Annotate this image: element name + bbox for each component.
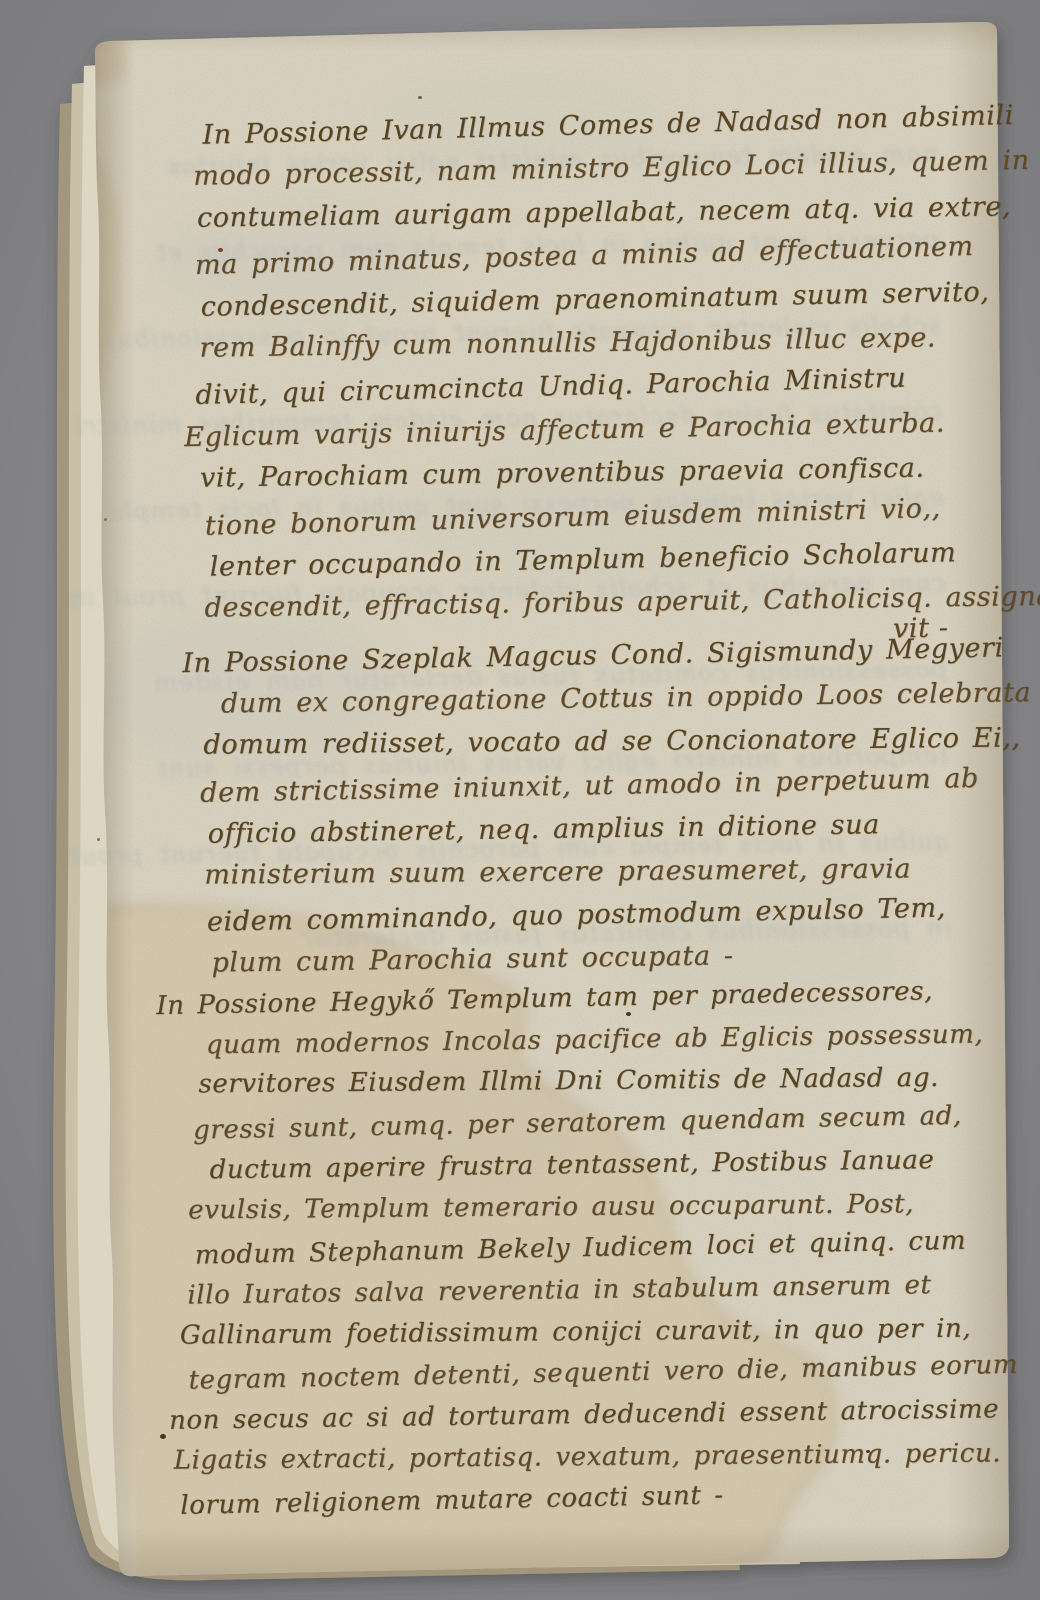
ink-speck <box>199 1510 202 1513</box>
ink-speck <box>866 1450 870 1453</box>
ink-speck <box>418 96 422 99</box>
paragraph-3: In Possione Hegykő Templum tam per praed… <box>156 972 993 1526</box>
ink-speck <box>626 1012 631 1016</box>
ink-speck <box>104 518 107 521</box>
paragraph-1: In Possione Ivan Illmus Comes de Nadasd … <box>186 96 1006 632</box>
handwriting-line: descendit, effractisq. foribus aperuit, … <box>204 576 1006 631</box>
ink-speck <box>160 1434 166 1439</box>
paragraph-2: In Possione Szeplak Magcus Cond. Sigismu… <box>182 629 997 986</box>
photo-backdrop: nam eisdem temporibus ministri eglici va… <box>0 0 1040 1600</box>
ink-speck <box>218 248 223 252</box>
manuscript-text: In Possione Ivan Illmus Comes de Nadasd … <box>0 0 1040 1600</box>
ink-speck <box>97 838 100 841</box>
